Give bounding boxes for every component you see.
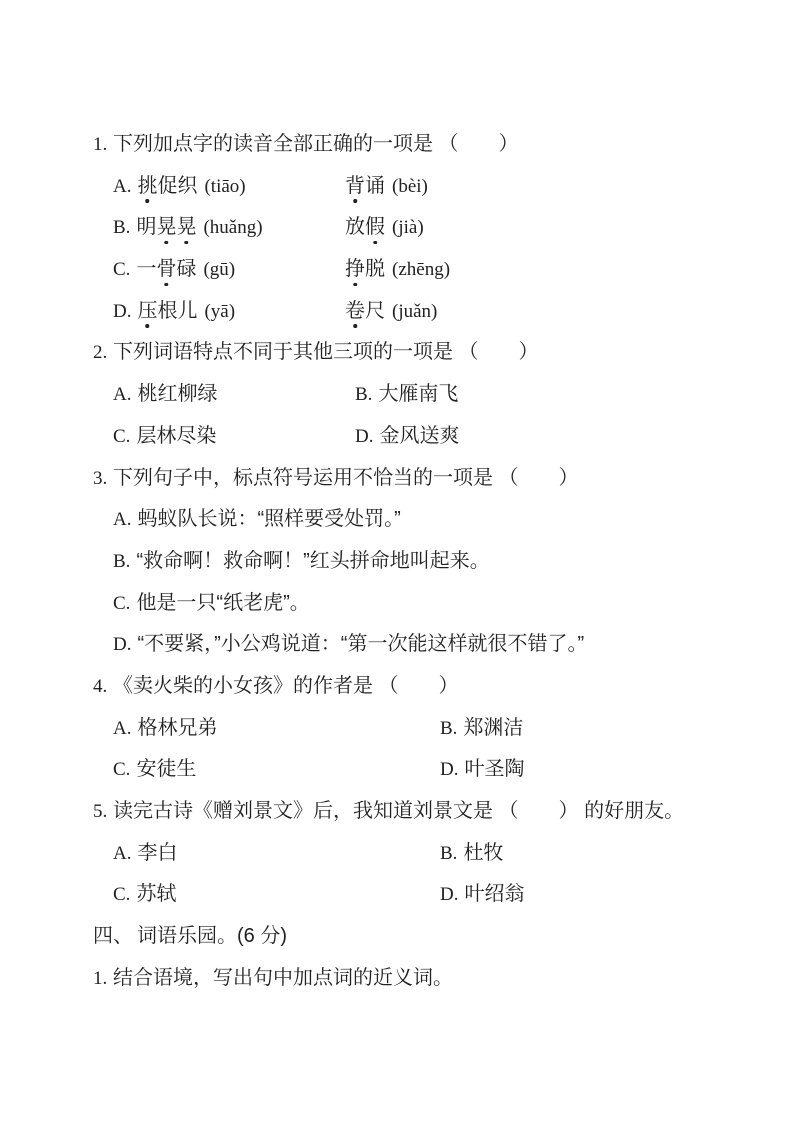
question-3-number: 3. [93,467,113,491]
pinyin-2: (jià) [392,217,424,238]
question-5-stem: 5.读完古诗《赠刘景文》后，我知道刘景文是 （ ） 的好朋友。 [93,799,753,841]
option-text: 叶圣陶 [464,758,524,780]
option-b: B.大雁南飞 [355,382,458,407]
option-word-1: 明晃晃 [136,216,196,238]
pinyin-1: (huǎng) [203,217,262,238]
question-5-options-ab: A.李白 B.杜牧 [93,841,753,883]
question-4-stem: 4.《卖火柴的小女孩》的作者是 （ ） [93,674,753,716]
question-4-number: 4. [93,675,113,699]
pinyin-1: (yā) [204,301,235,322]
option-label: A. [113,176,131,197]
option-label: D. [113,301,131,322]
option-text: 杜牧 [463,842,503,864]
word-post: 碌 [176,258,196,280]
option-label: B. [113,217,130,238]
section-4-number: 四、 [93,924,133,948]
option-label: D. [440,884,458,905]
word-post: 根儿 [157,300,197,322]
option-text: “不要紧，”小公鸡说道：“第一次能这样就很不错了。” [137,633,584,655]
question-3-option-d: D.“不要紧，”小公鸡说道：“第一次能这样就很不错了。” [93,632,753,674]
question-3-option-a: A.蚂蚁队长说：“照样要受处罚。” [93,507,753,549]
question-2-number: 2. [93,341,113,365]
pinyin-1: (gū) [203,259,235,280]
dotted-char: 卷 [345,300,365,322]
section-4-sub-1: 1.结合语境，写出句中加点词的近义词。 [93,966,753,1008]
word-pre: 放 [345,216,365,238]
word-pre: 明 [136,216,156,238]
question-4-options-cd: C.安徒生 D.叶圣陶 [93,757,753,799]
pinyin-2: (zhēng) [392,259,450,280]
option-text: 叶绍翁 [464,883,524,905]
question-3-option-b: B.“救命啊！救命啊！”红头拼命地叫起来。 [93,549,753,591]
section-4-header: 四、词语乐园。(6 分) [93,924,753,966]
pinyin-2: (juǎn) [392,301,437,322]
question-4-options-ab: A.格林兄弟 B.郑渊洁 [93,716,753,758]
question-1-text: 下列加点字的读音全部正确的一项是 （ ） [113,133,519,155]
option-text: 苏轼 [136,883,176,905]
option-label: B. [355,384,372,405]
dotted-char: 背 [345,175,365,197]
option-label: C. [113,884,130,905]
option-text: 李白 [137,842,177,864]
dotted-char: 挑 [137,175,157,197]
option-d: D.叶绍翁 [440,882,524,907]
question-2-text: 下列词语特点不同于其他三项的一项是 （ ） [113,341,539,363]
sub-1-text: 结合语境，写出句中加点词的近义词。 [113,967,453,989]
dotted-char: 晃晃 [156,216,196,238]
option-label: C. [113,259,130,280]
option-label: A. [113,509,131,530]
option-label: B. [440,718,457,739]
option-word-2: 挣脱(zhēng) [345,257,450,282]
option-label: A. [113,843,131,864]
option-label: C. [113,593,130,614]
option-d: D.叶圣陶 [440,757,524,782]
question-1-option-a: A.挑促织(tiāo) 背诵(bèi) [93,174,753,216]
question-5-number: 5. [93,800,113,824]
sub-1-number: 1. [93,967,113,991]
question-1-option-c: C.一骨碌(gū) 挣脱(zhēng) [93,257,753,299]
option-label: A. [113,718,131,739]
question-3-text: 下列句子中，标点符号运用不恰当的一项是 （ ） [113,467,579,489]
option-label: C. [113,759,130,780]
option-label: D. [355,426,373,447]
option-text: 郑渊洁 [463,717,523,739]
option-label: C. [113,426,130,447]
option-text: 蚂蚁队长说：“照样要受处罚。” [137,508,400,530]
exam-page-content: 1.下列加点字的读音全部正确的一项是 （ ） A.挑促织(tiāo) 背诵(bè… [93,132,753,1007]
question-3-option-c: C.他是一只“纸老虎”。 [93,591,753,633]
option-text: 层林尽染 [136,425,216,447]
question-1-option-b: B.明晃晃(huǎng) 放假(jià) [93,215,753,257]
word-post: 诵 [365,175,385,197]
option-label: A. [113,384,131,405]
option-label: B. [113,551,130,572]
question-4-text: 《卖火柴的小女孩》的作者是 （ ） [113,675,459,697]
question-2-stem: 2.下列词语特点不同于其他三项的一项是 （ ） [93,340,753,382]
option-word-1: 压根儿 [137,300,197,322]
option-word-1: 挑促织 [137,175,197,197]
option-word-2: 卷尺(juǎn) [345,299,437,324]
word-post: 尺 [365,300,385,322]
question-2-options-cd: C.层林尽染 D.金风送爽 [93,424,753,466]
option-label: D. [440,759,458,780]
question-5-text: 读完古诗《赠刘景文》后，我知道刘景文是 （ ） 的好朋友。 [113,800,684,822]
option-word-2: 放假(jià) [345,215,424,240]
option-b: B.杜牧 [440,841,503,866]
question-5-options-cd: C.苏轼 D.叶绍翁 [93,882,753,924]
option-text: “救命啊！救命啊！”红头拼命地叫起来。 [136,550,489,572]
option-label: D. [113,634,131,655]
question-2-options-ab: A.桃红柳绿 B.大雁南飞 [93,382,753,424]
dotted-char: 假 [365,216,385,238]
pinyin-2: (bèi) [392,176,428,197]
option-text: 桃红柳绿 [137,383,217,405]
dotted-char: 压 [137,300,157,322]
word-post: 促织 [157,175,197,197]
option-text: 金风送爽 [379,425,459,447]
option-word-2: 背诵(bèi) [345,174,428,199]
option-text: 他是一只“纸老虎”。 [136,592,309,614]
option-text: 格林兄弟 [137,717,217,739]
dotted-char: 挣 [345,258,365,280]
option-b: B.郑渊洁 [440,716,523,741]
section-4-title: 词语乐园。(6 分) [137,925,287,947]
pinyin-1: (tiāo) [204,176,245,197]
dotted-char: 骨 [156,258,176,280]
question-1-option-d: D.压根儿(yā) 卷尺(juǎn) [93,299,753,341]
option-text: 安徒生 [136,758,196,780]
question-3-stem: 3.下列句子中，标点符号运用不恰当的一项是 （ ） [93,466,753,508]
option-label: B. [440,843,457,864]
word-post: 脱 [365,258,385,280]
option-word-1: 一骨碌 [136,258,196,280]
question-1-stem: 1.下列加点字的读音全部正确的一项是 （ ） [93,132,753,174]
question-1-number: 1. [93,133,113,157]
option-d: D.金风送爽 [355,424,459,449]
word-pre: 一 [136,258,156,280]
option-text: 大雁南飞 [378,383,458,405]
